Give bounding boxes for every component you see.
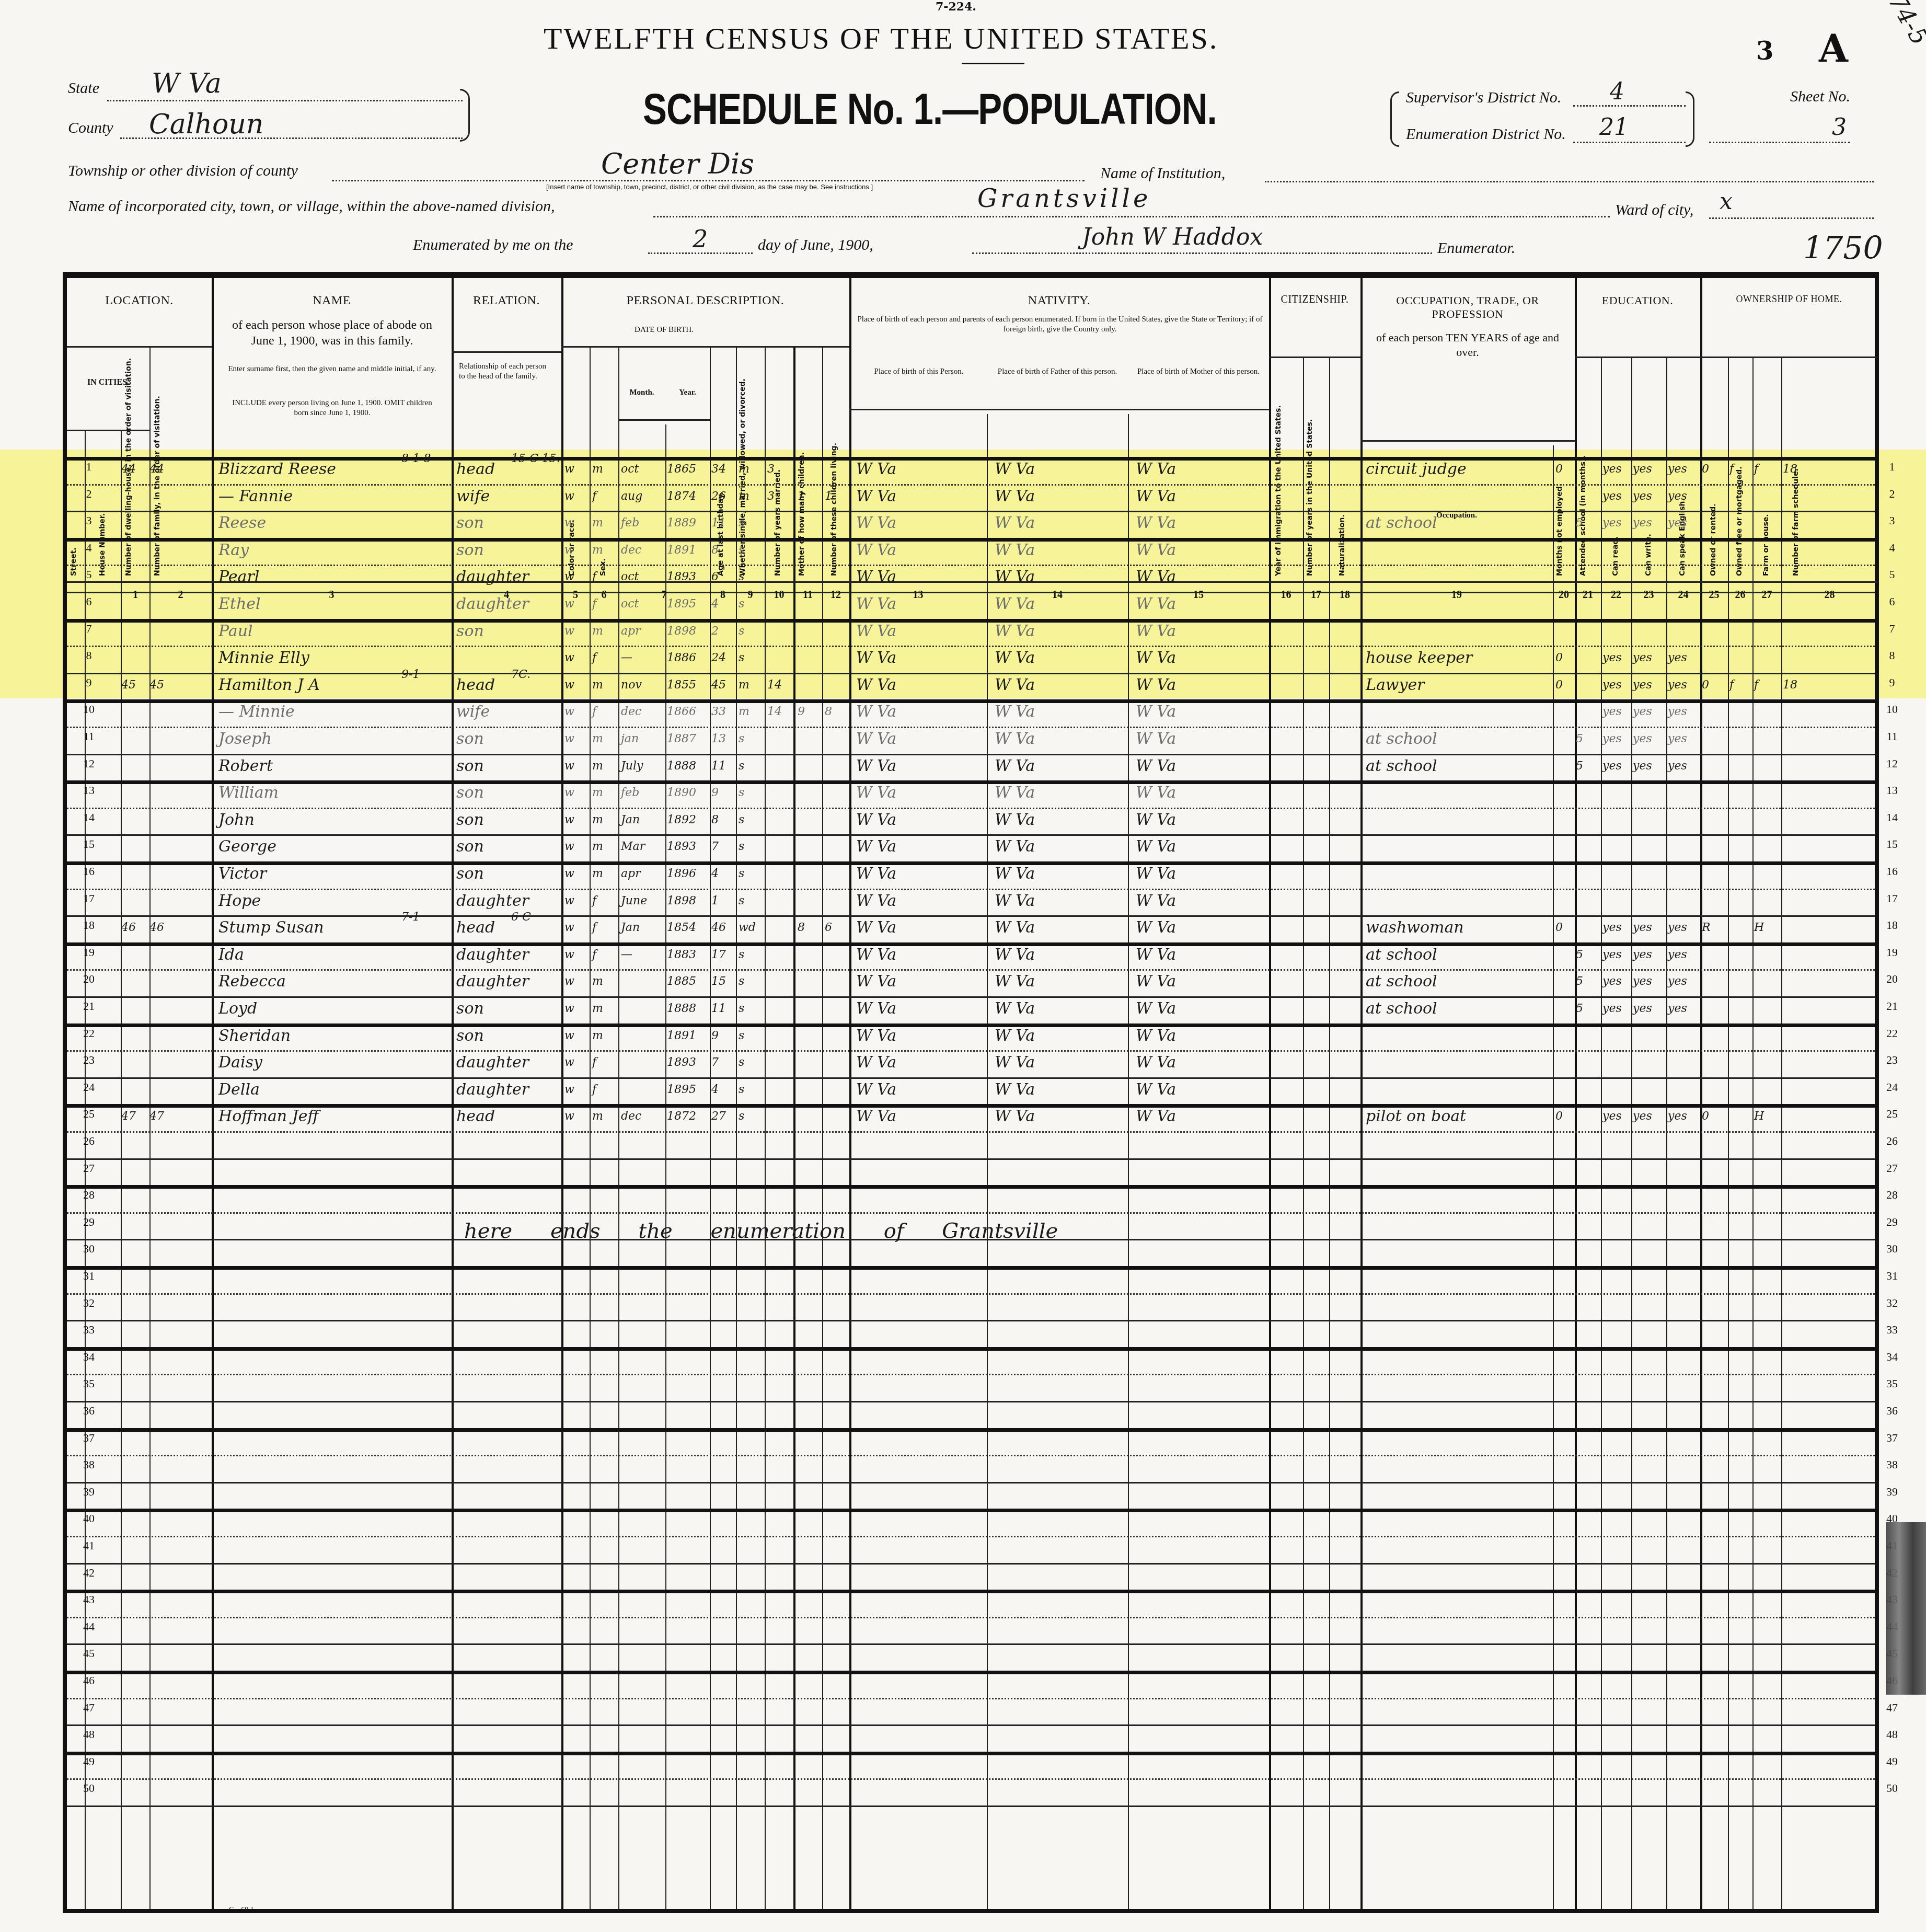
cell-english: yes xyxy=(1668,998,1699,1019)
name-description: of each person whose place of abode on J… xyxy=(224,317,441,349)
cell-name: Ray xyxy=(218,540,451,561)
cell-read: yes xyxy=(1602,675,1631,696)
cell-relation: son xyxy=(456,729,561,750)
cell-name: Reese xyxy=(218,513,451,534)
cell-read: yes xyxy=(1602,701,1631,722)
cell-farm: H xyxy=(1754,917,1780,938)
cell-farm: f xyxy=(1754,675,1780,696)
row-rule xyxy=(67,1266,1875,1270)
cell-sex: m xyxy=(592,998,618,1019)
cell-mother-of: 8 xyxy=(798,917,821,938)
line-number-left: 12 xyxy=(78,757,99,770)
cell-color: w xyxy=(564,1026,590,1046)
cell-year: 1874 xyxy=(667,486,710,507)
ward-label: Ward of city, xyxy=(1615,201,1693,219)
enumeration-field-line xyxy=(1573,141,1686,143)
cell-bpm: W Va xyxy=(1136,729,1266,750)
cell-month: oct xyxy=(621,459,665,480)
cell-school: 5 xyxy=(1576,998,1600,1019)
cell-year: 1883 xyxy=(667,945,710,965)
cell-bpm: W Va xyxy=(1136,783,1266,803)
col-attended-school: Attended school (in months). xyxy=(1579,362,1600,576)
cell-sex: m xyxy=(592,836,618,857)
colnum-19: 19 xyxy=(1360,589,1553,601)
line-number-left: 4 xyxy=(78,541,99,555)
colnum-27: 27 xyxy=(1752,589,1781,601)
cell-name: Ida xyxy=(218,945,451,965)
cell-bpm: W Va xyxy=(1136,945,1266,965)
line-number-right: 31 xyxy=(1882,1269,1902,1283)
cell-age: 17 xyxy=(711,945,736,965)
colnum-28: 28 xyxy=(1781,589,1878,601)
cell-marital: s xyxy=(739,756,765,777)
line-number-left: 16 xyxy=(78,865,99,878)
relation-description: Relationship of each person to the head … xyxy=(459,362,553,382)
cell-read: yes xyxy=(1602,998,1631,1019)
cell-english: yes xyxy=(1668,513,1699,534)
year-label: Year. xyxy=(665,388,710,398)
cell-color: w xyxy=(564,459,590,480)
cell-family: 44 xyxy=(149,459,212,480)
col-street: Street. xyxy=(70,440,78,576)
line-number-right: 14 xyxy=(1882,811,1902,824)
form-code: 7-224. xyxy=(936,0,976,14)
paper-damage-stain xyxy=(1886,1522,1926,1695)
cell-color: w xyxy=(564,594,590,615)
cell-month: oct xyxy=(621,594,665,615)
cell-relation: son xyxy=(456,1026,561,1046)
cell-age: 33 xyxy=(711,701,736,722)
enumerated-day-field[interactable]: 2 xyxy=(693,225,708,253)
cell-bpf: W Va xyxy=(995,540,1125,561)
line-number-left: 44 xyxy=(78,1620,99,1634)
cell-relation: wife xyxy=(456,701,561,722)
row-rule xyxy=(67,1077,1875,1079)
cell-sex: f xyxy=(592,701,618,722)
cell-month: oct xyxy=(621,567,665,588)
row-rule xyxy=(67,1698,1875,1699)
cell-age: 8 xyxy=(711,540,736,561)
colnum-17: 17 xyxy=(1303,589,1329,601)
cell-age: 11 xyxy=(711,513,736,534)
supervisor-district-field[interactable]: 4 xyxy=(1610,78,1624,105)
cell-rel-note: 7C. xyxy=(511,664,530,685)
line-number-left: 39 xyxy=(78,1485,99,1499)
line-number-left: 23 xyxy=(78,1053,99,1067)
county-field[interactable]: Calhoun xyxy=(149,109,263,140)
cell-school: 5 xyxy=(1576,729,1600,750)
line-number-right: 26 xyxy=(1882,1134,1902,1148)
cell-name: William xyxy=(218,783,451,803)
colnum-12: 12 xyxy=(822,589,849,601)
line-number-right: 29 xyxy=(1882,1215,1902,1229)
row-rule xyxy=(67,1778,1875,1780)
row-rule xyxy=(67,1563,1875,1565)
group-personal-description: PERSONAL DESCRIPTION. xyxy=(561,294,849,308)
line-number-right: 35 xyxy=(1882,1377,1902,1390)
cell-dwelling: 47 xyxy=(121,1106,149,1127)
row-rule xyxy=(67,1509,1875,1512)
cell-bpf: W Va xyxy=(995,513,1125,534)
cell-year: 1895 xyxy=(667,594,710,615)
cell-bpm: W Va xyxy=(1136,567,1266,588)
cell-bpm: W Va xyxy=(1136,675,1266,696)
cell-school: 5 xyxy=(1576,945,1600,965)
line-number-left: 35 xyxy=(78,1377,99,1390)
cell-bpf: W Va xyxy=(995,971,1125,992)
cell-bpm: W Va xyxy=(1136,459,1266,480)
date-of-birth-label: DATE OF BIRTH. xyxy=(618,325,710,335)
cell-rel-note: 15 C 15. xyxy=(511,448,560,469)
cell-rel-note: 6 C xyxy=(511,907,531,928)
cell-bp: W Va xyxy=(856,540,984,561)
row-rule xyxy=(67,1590,1875,1593)
cell-yrs-married: 3 xyxy=(767,486,793,507)
cell-year: 1898 xyxy=(667,621,710,642)
cell-english: yes xyxy=(1668,729,1699,750)
line-number-left: 2 xyxy=(78,487,99,501)
cell-marital: s xyxy=(739,1052,765,1073)
cell-age: 24 xyxy=(711,648,736,669)
line-number-left: 47 xyxy=(78,1701,99,1715)
cell-write: yes xyxy=(1633,729,1665,750)
row-rule xyxy=(67,1482,1875,1483)
cell-marital: s xyxy=(739,945,765,965)
cell-age: 13 xyxy=(711,729,736,750)
cell-age: 9 xyxy=(711,783,736,803)
cell-year: 1866 xyxy=(667,701,710,722)
cell-mother-of: 1 xyxy=(798,486,821,507)
cell-bp: W Va xyxy=(856,1026,984,1046)
cell-english: yes xyxy=(1668,486,1699,507)
enumerator-line xyxy=(972,252,1432,254)
group-occupation: OCCUPATION, TRADE, OR PROFESSION xyxy=(1363,294,1572,321)
cell-age: 4 xyxy=(711,594,736,615)
sheet-field[interactable]: 3 xyxy=(1832,114,1847,141)
line-number-left: 32 xyxy=(78,1296,99,1310)
cell-month: July xyxy=(621,756,665,777)
cell-age: 27 xyxy=(711,1106,736,1127)
cell-marital: s xyxy=(739,621,765,642)
cell-month: — xyxy=(621,648,665,669)
cell-sex: f xyxy=(592,567,618,588)
line-number-right: 22 xyxy=(1882,1027,1902,1040)
line-number-right: 15 xyxy=(1882,837,1902,851)
cell-year: 1854 xyxy=(667,917,710,938)
cell-sex: f xyxy=(592,917,618,938)
colnum-18: 18 xyxy=(1329,589,1360,601)
cell-bpm: W Va xyxy=(1136,594,1266,615)
line-number-left: 42 xyxy=(78,1566,99,1580)
cell-write: yes xyxy=(1633,971,1665,992)
line-number-left: 13 xyxy=(78,784,99,797)
cell-age: 11 xyxy=(711,998,736,1019)
cell-color: w xyxy=(564,917,590,938)
line-number-left: 43 xyxy=(78,1593,99,1606)
line-number-left: 18 xyxy=(78,918,99,932)
nativity-description: Place of birth of each person and parent… xyxy=(856,315,1264,335)
cell-read: yes xyxy=(1602,648,1631,669)
row-rule xyxy=(67,808,1875,809)
cell-bpf: W Va xyxy=(995,864,1125,884)
cell-relation: head xyxy=(456,675,561,696)
row-rule xyxy=(67,996,1875,998)
row-rule xyxy=(67,511,1875,512)
line-number-left: 36 xyxy=(78,1404,99,1418)
cell-relation: son xyxy=(456,998,561,1019)
col-house-number: House Number. xyxy=(98,440,107,576)
cell-occupation: at school xyxy=(1366,971,1551,992)
cell-occupation: at school xyxy=(1366,729,1551,750)
cell-marital: s xyxy=(739,540,765,561)
cell-bpm: W Va xyxy=(1136,917,1266,938)
cell-read: yes xyxy=(1602,459,1631,480)
cell-year: 1885 xyxy=(667,971,710,992)
cell-age: 11 xyxy=(711,756,736,777)
cell-marital: s xyxy=(739,1026,765,1046)
cell-name: Paul xyxy=(218,621,451,642)
cell-write: yes xyxy=(1633,917,1665,938)
cell-relation: son xyxy=(456,621,561,642)
state-label: State xyxy=(68,79,99,97)
line-number-left: 7 xyxy=(78,622,99,636)
cell-english: yes xyxy=(1668,675,1699,696)
cell-write: yes xyxy=(1633,459,1665,480)
cell-bp: W Va xyxy=(856,917,984,938)
cell-bpf: W Va xyxy=(995,998,1125,1019)
cell-name: Della xyxy=(218,1079,451,1100)
cell-marital: m xyxy=(739,459,765,480)
cell-sex: m xyxy=(592,513,618,534)
cell-name: Victor xyxy=(218,864,451,884)
cell-occupation: at school xyxy=(1366,998,1551,1019)
cell-bpf: W Va xyxy=(995,459,1125,480)
line-number-right: 21 xyxy=(1882,999,1902,1013)
cell-name: Sheridan xyxy=(218,1026,451,1046)
cell-bpf: W Va xyxy=(995,810,1125,831)
cell-write: yes xyxy=(1633,648,1665,669)
row-rule xyxy=(67,1185,1875,1189)
row-rule xyxy=(67,1805,1875,1807)
row-rule xyxy=(67,592,1875,593)
cell-owned: R xyxy=(1702,917,1727,938)
cell-color: w xyxy=(564,540,590,561)
cell-bpf: W Va xyxy=(995,486,1125,507)
colnum-24: 24 xyxy=(1666,589,1700,601)
cell-write: yes xyxy=(1633,513,1665,534)
cell-color: w xyxy=(564,621,590,642)
cell-bpm: W Va xyxy=(1136,621,1266,642)
state-county-bracket xyxy=(460,89,470,142)
cell-write: yes xyxy=(1633,486,1665,507)
cell-bp: W Va xyxy=(856,513,984,534)
row-rule xyxy=(67,1455,1875,1456)
cell-month: dec xyxy=(621,540,665,561)
cell-color: w xyxy=(564,998,590,1019)
line-number-left: 49 xyxy=(78,1755,99,1768)
cell-relation: son xyxy=(456,864,561,884)
cell-marital: s xyxy=(739,1106,765,1127)
cell-sex: m xyxy=(592,864,618,884)
name-instruction-2: INCLUDE every person living on June 1, 1… xyxy=(226,398,438,418)
cell-write: yes xyxy=(1633,945,1665,965)
cell-name-note: 7-1 xyxy=(401,907,420,928)
colnum-21: 21 xyxy=(1575,589,1601,601)
cell-bp: W Va xyxy=(856,891,984,912)
cell-name: George xyxy=(218,836,451,857)
cell-occupation: pilot on boat xyxy=(1366,1106,1551,1127)
enumeration-district-field[interactable]: 21 xyxy=(1599,114,1629,141)
cell-bp: W Va xyxy=(856,594,984,615)
state-field-line xyxy=(107,99,463,101)
schedule-title: SCHEDULE No. 1.—POPULATION. xyxy=(643,84,1217,134)
township-field[interactable]: Center Dis xyxy=(601,147,754,180)
cell-marital: s xyxy=(739,783,765,803)
cell-age: 7 xyxy=(711,1052,736,1073)
occupation-description: of each person TEN YEARS of age and over… xyxy=(1368,330,1567,359)
line-number-left: 29 xyxy=(78,1215,99,1229)
city-field[interactable]: Grantsville xyxy=(977,184,1151,213)
cell-sex: m xyxy=(592,810,618,831)
group-nativity: NATIVITY. xyxy=(849,294,1269,308)
group-ownership: OWNERSHIP OF HOME. xyxy=(1700,294,1878,305)
line-number-left: 34 xyxy=(78,1350,99,1364)
cell-marital: m xyxy=(739,701,765,722)
row-rule xyxy=(67,1050,1875,1052)
line-number-right: 18 xyxy=(1882,918,1902,932)
cell-sex: f xyxy=(592,486,618,507)
line-number-left: 30 xyxy=(78,1242,99,1256)
cell-month: Jan xyxy=(621,917,665,938)
cell-marital: s xyxy=(739,567,765,588)
cell-year: 1893 xyxy=(667,1052,710,1073)
line-number-right: 30 xyxy=(1882,1242,1902,1256)
cell-relation: son xyxy=(456,540,561,561)
line-number-left: 21 xyxy=(78,999,99,1013)
row-rule xyxy=(67,915,1875,917)
cell-year: 1896 xyxy=(667,864,710,884)
state-field[interactable]: W Va xyxy=(152,68,222,99)
cell-occupation: house keeper xyxy=(1366,648,1551,669)
cell-bpf: W Va xyxy=(995,675,1125,696)
cell-bpf: W Va xyxy=(995,756,1125,777)
enumerated-prefix: Enumerated by me on the xyxy=(413,236,573,254)
line-number-right: 28 xyxy=(1882,1188,1902,1202)
cell-age: 1 xyxy=(711,891,736,912)
ward-field[interactable]: x xyxy=(1720,188,1733,215)
row-rule xyxy=(67,1671,1875,1674)
city-label: Name of incorporated city, town, or vill… xyxy=(68,198,555,215)
line-number-left: 26 xyxy=(78,1134,99,1148)
cell-family: 45 xyxy=(149,675,212,696)
line-number-right: 3 xyxy=(1882,514,1902,527)
cell-marital: m xyxy=(739,486,765,507)
birth-person-label: Place of birth of this Person. xyxy=(856,367,982,377)
line-number-left: 11 xyxy=(78,730,99,743)
cell-marital: s xyxy=(739,971,765,992)
cell-relation: daughter xyxy=(456,594,561,615)
cell-bp: W Va xyxy=(856,1052,984,1073)
cell-read: yes xyxy=(1602,917,1631,938)
cell-sex: m xyxy=(592,1106,618,1127)
line-number-right: 4 xyxy=(1882,541,1902,555)
cell-sex: m xyxy=(592,783,618,803)
cell-age: 26 xyxy=(711,486,736,507)
cell-sex: f xyxy=(592,891,618,912)
cell-relation: daughter xyxy=(456,945,561,965)
cell-sex: m xyxy=(592,756,618,777)
cell-relation: son xyxy=(456,513,561,534)
cell-write: yes xyxy=(1633,998,1665,1019)
cell-occupation: Lawyer xyxy=(1366,675,1551,696)
cell-english: yes xyxy=(1668,945,1699,965)
cell-bp: W Va xyxy=(856,971,984,992)
row-rule xyxy=(67,1320,1875,1321)
cell-read: yes xyxy=(1602,486,1631,507)
line-number-left: 33 xyxy=(78,1323,99,1337)
cell-name: Daisy xyxy=(218,1052,451,1073)
enumerator-signature[interactable]: John W Haddox xyxy=(1082,224,1263,250)
cell-month: June xyxy=(621,891,665,912)
group-location: LOCATION. xyxy=(67,294,212,308)
cell-bpf: W Va xyxy=(995,1052,1125,1073)
line-number-left: 9 xyxy=(78,676,99,689)
cell-sex: m xyxy=(592,459,618,480)
cell-yrs-married: 14 xyxy=(767,701,793,722)
cell-relation: daughter xyxy=(456,1079,561,1100)
cell-owned: 0 xyxy=(1702,459,1727,480)
row-rule xyxy=(67,1401,1875,1402)
cell-read: yes xyxy=(1602,1106,1631,1127)
line-number-right: 32 xyxy=(1882,1296,1902,1310)
cell-dwelling: 44 xyxy=(121,459,149,480)
cell-name: Pearl xyxy=(218,567,451,588)
line-number-left: 19 xyxy=(78,946,99,959)
cell-bpf: W Va xyxy=(995,891,1125,912)
line-number-left: 24 xyxy=(78,1080,99,1094)
colnum-10: 10 xyxy=(765,589,793,601)
county-label: County xyxy=(68,119,113,137)
cell-bpm: W Va xyxy=(1136,1052,1266,1073)
cell-bpm: W Va xyxy=(1136,836,1266,857)
cell-unemployed: 0 xyxy=(1555,917,1574,938)
line-number-left: 50 xyxy=(78,1781,99,1795)
cell-color: w xyxy=(564,945,590,965)
cell-bpf: W Va xyxy=(995,1079,1125,1100)
enumeration-district-label: Enumeration District No. xyxy=(1406,125,1566,143)
cell-age: 9 xyxy=(711,1026,736,1046)
cell-sex: m xyxy=(592,971,618,992)
cell-sex: m xyxy=(592,729,618,750)
cell-year: 1893 xyxy=(667,567,710,588)
title-divider xyxy=(962,63,1024,64)
cell-marital: s xyxy=(739,594,765,615)
cell-age: 46 xyxy=(711,917,736,938)
institution-label: Name of Institution, xyxy=(1100,165,1225,182)
cell-bpf: W Va xyxy=(995,783,1125,803)
cell-english: yes xyxy=(1668,971,1699,992)
cell-bp: W Va xyxy=(856,1079,984,1100)
cell-bpf: W Va xyxy=(995,917,1125,938)
line-number-left: 31 xyxy=(78,1269,99,1283)
line-number-right: 48 xyxy=(1882,1728,1902,1741)
line-number-left: 14 xyxy=(78,811,99,824)
group-name: NAME xyxy=(212,294,452,308)
cell-month: feb xyxy=(621,513,665,534)
cell-color: w xyxy=(564,756,590,777)
line-number-right: 23 xyxy=(1882,1053,1902,1067)
institution-field-line xyxy=(1265,180,1874,182)
